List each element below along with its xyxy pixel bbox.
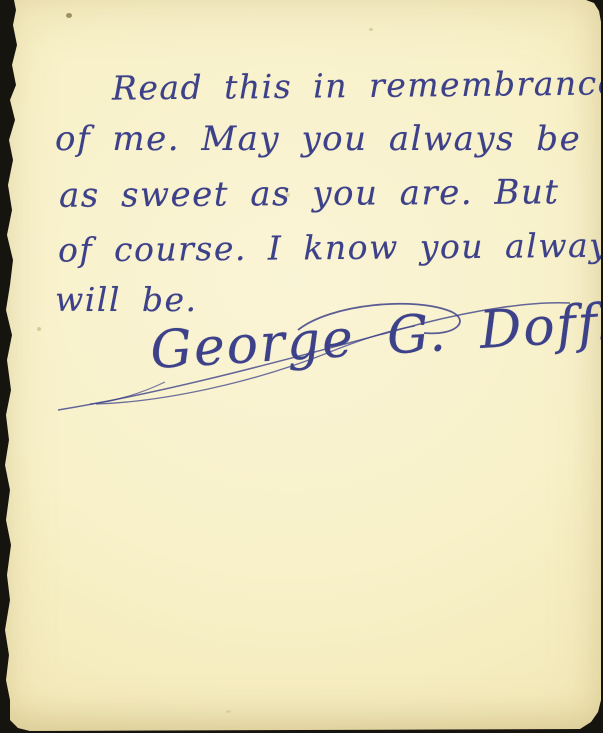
scanned-page: Read this in remembrance of me. May you … <box>0 0 603 733</box>
scan-background: { "colors": { "ink": "#3d4189", "paper":… <box>0 0 603 733</box>
handwritten-line: Read this in remembrance <box>112 63 603 107</box>
paper-stain <box>369 28 373 31</box>
paper-stain <box>37 327 41 331</box>
handwritten-line: of course. I know you always <box>58 226 603 270</box>
paper: Read this in remembrance of me. May you … <box>0 0 603 733</box>
paper-stain <box>66 13 72 18</box>
handwritten-line: as sweet as you are. But <box>59 172 560 215</box>
handwritten-line: of me. May you always be <box>55 119 581 159</box>
signature: George G. Doffs. <box>149 291 603 381</box>
paper-stain <box>286 193 290 197</box>
handwritten-line: will be. <box>55 280 198 319</box>
paper-stain <box>226 710 231 713</box>
